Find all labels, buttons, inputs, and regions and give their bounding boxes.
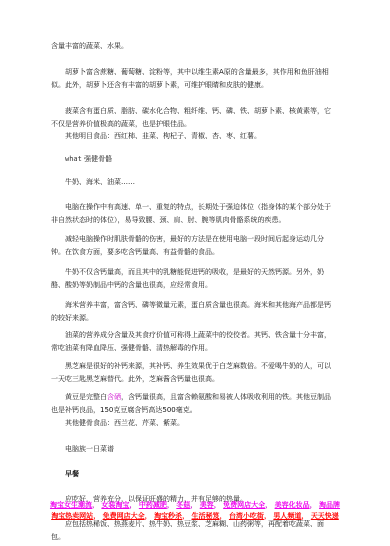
footer-link[interactable]: 免费网店大全 bbox=[103, 512, 145, 520]
heading-text: 强健骨骼 bbox=[84, 155, 112, 163]
paragraph-black-sesame: 黑芝麻是很好的补钙来源，其补钙、养生效果优于白芝麻数倍。不爱喝牛奶的人，可以一天… bbox=[51, 360, 337, 386]
footer-links-row-1: 淘宝女生潮流， 女装淘宝， 中药减肥， 冬菇， 美容， 免费网店大全， 美容化妆… bbox=[0, 500, 390, 511]
paragraph-dried-shrimp: 海米营养丰富，富含钙、磷等微量元素，蛋白质含量也很高。海米和其他海产品都是钙的较… bbox=[51, 299, 337, 325]
heading-prefix: what bbox=[65, 155, 82, 163]
paragraph-rapeseed: 油菜的营养成分含量及其食疗价值可称得上蔬菜中的佼佼者。其钙、铁含量十分丰富，常吃… bbox=[51, 329, 337, 355]
paragraph-computer-posture: 电脑在操作中有高速、单一、重复的特点，长期处于强迫体位（指身体的某个部分处于非自… bbox=[51, 201, 337, 227]
footer-link[interactable]: 淘宝秒杀 bbox=[154, 512, 182, 520]
footer-link[interactable]: 男人频道 bbox=[273, 512, 301, 520]
footer-link[interactable]: 淘宝热卖网站 bbox=[51, 512, 93, 520]
paragraph-other-eye-foods: 其他明目食品：西红柿、韭菜、枸杞子、青椒、杏、枣、红薯。 bbox=[51, 130, 337, 143]
footer-link[interactable]: 淘宝女生潮流 bbox=[50, 501, 92, 509]
section-heading-breakfast: 早餐 bbox=[51, 468, 337, 481]
footer-link[interactable]: 天天快递 bbox=[311, 512, 339, 520]
paragraph: 含量丰富的蔬菜、水果。 bbox=[51, 40, 337, 53]
inline-link-selenium[interactable]: 含硒 bbox=[107, 393, 121, 401]
paragraph-soybean: 黄豆是完整白含硒，含钙量很高，且富含赖氨酸和易被人体吸收利用的铁。其他豆制品也是… bbox=[51, 391, 337, 417]
paragraph-milk: 牛奶不仅含钙量高，而且其中的乳糖能促进钙的吸收，是最好的天然钙源。另外，奶酪、酸… bbox=[51, 266, 337, 292]
paragraph-other-bone-foods: 其他健骨食品：西兰花、芹菜、紫菜。 bbox=[51, 417, 337, 430]
section-heading-bones: what 强健骨骼 bbox=[51, 153, 337, 166]
footer-link[interactable]: 女装淘宝 bbox=[101, 501, 129, 509]
footer-link[interactable]: 美容化妆品 bbox=[275, 501, 310, 509]
paragraph-bone-foods: 牛奶、海米、油菜…… bbox=[51, 176, 337, 189]
paragraph-reduce-damage: 减轻电脑操作时肌肤骨骼的伤害，最好的方法是在使用电脑一段时间后起身运动几分钟。在… bbox=[51, 233, 337, 259]
footer-link[interactable]: 生活秘笈 bbox=[192, 512, 220, 520]
footer-links-row-2: 淘宝热卖网站， 免费网店大全， 淘宝秒杀， 生活秘笈， 台湾小吃街， 男人频道，… bbox=[0, 511, 390, 522]
section-heading-menu: 电脑族一日菜谱 bbox=[51, 443, 337, 456]
footer-link[interactable]: 淘品牌 bbox=[319, 501, 340, 509]
paragraph-spinach: 菠菜含有蛋白质、脂肪、碳水化合物、粗纤维、钙、磷、铁、胡萝卜素、核黄素等，它不仅… bbox=[51, 105, 337, 131]
paragraph-carrot: 胡萝卜富含蔗糖、葡萄糖、淀粉等，其中以维生素A原的含量最多，其作用和鱼肝油相似。… bbox=[51, 66, 337, 92]
footer-link[interactable]: 冬菇 bbox=[176, 501, 190, 509]
footer-link[interactable]: 台湾小吃街 bbox=[229, 512, 264, 520]
footer-link[interactable]: 美容 bbox=[200, 501, 214, 509]
footer-link[interactable]: 中药减肥 bbox=[139, 501, 167, 509]
footer-link[interactable]: 免费网店大全 bbox=[223, 501, 265, 509]
soybean-text-before: 黄豆是完整白 bbox=[65, 393, 107, 401]
